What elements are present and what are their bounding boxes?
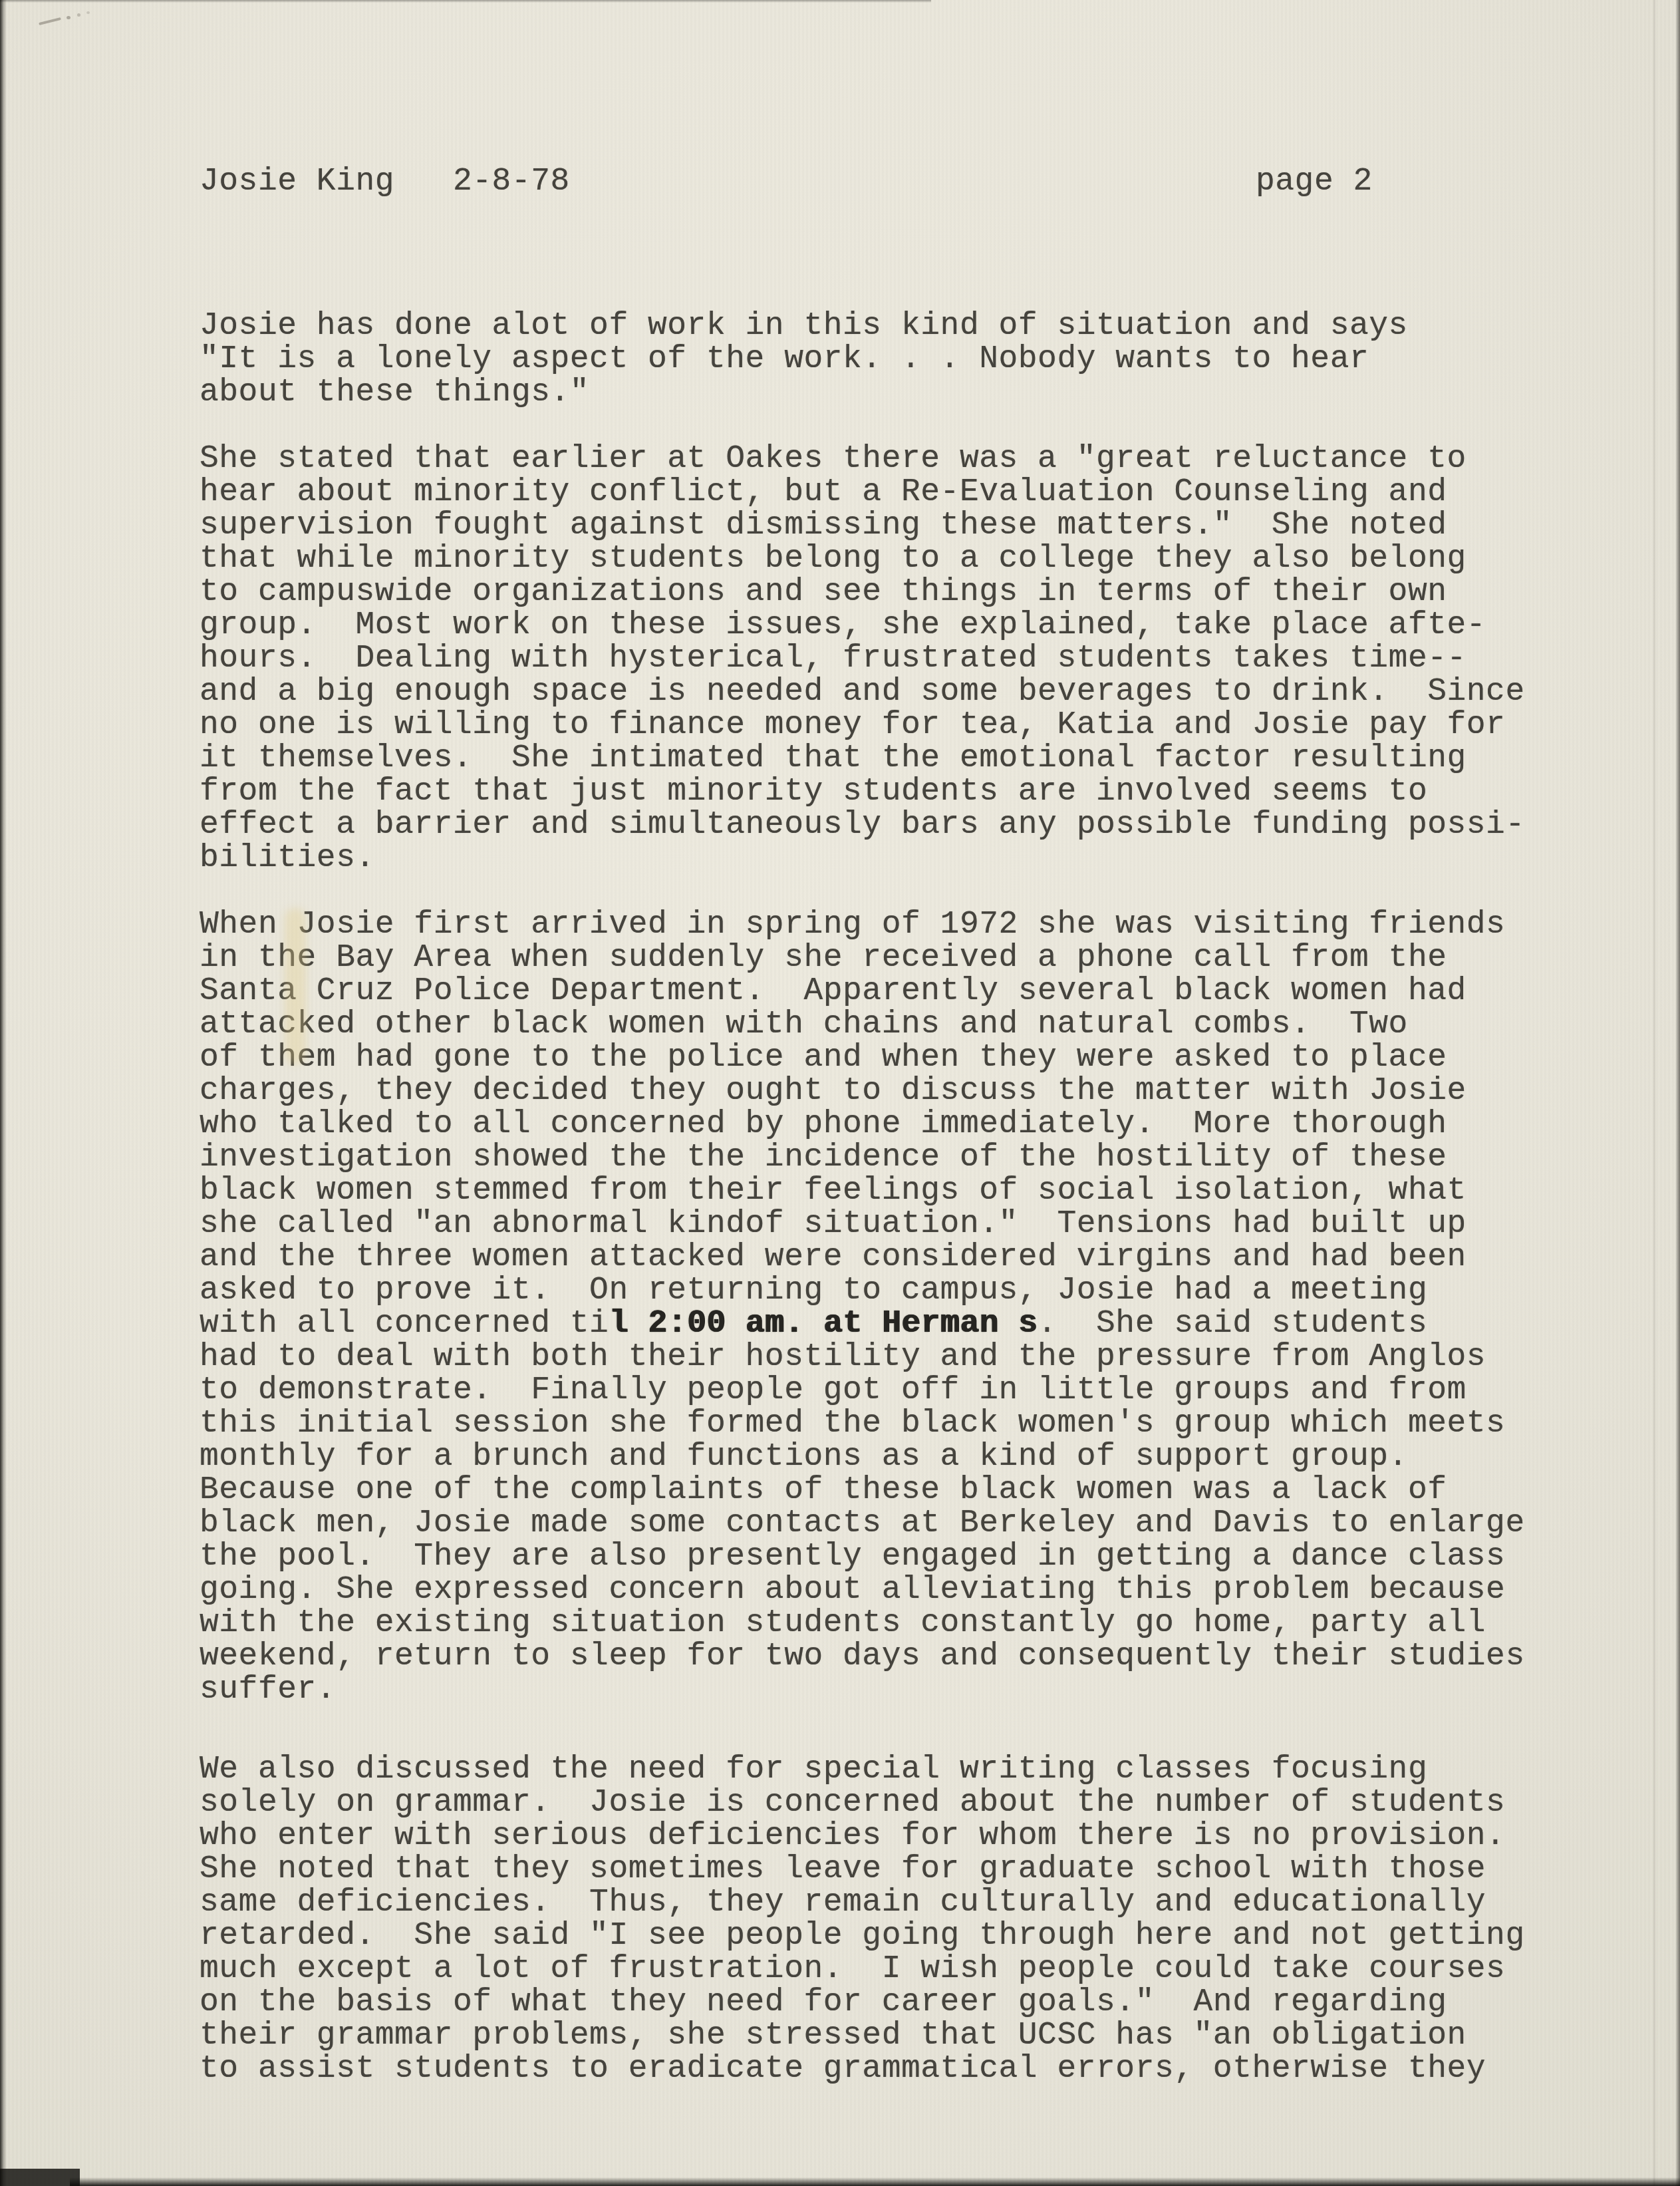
text-line: and the three women attacked were consid… (200, 1241, 1570, 1274)
text-line: bilities. (200, 842, 1570, 875)
pencil-smudge (86, 11, 90, 14)
scanned-document-page: Josie King 2-8-78 page 2 Josie has done … (0, 0, 1680, 2186)
text-line: it themselves. She intimated that the em… (200, 742, 1570, 775)
author-date: Josie King 2-8-78 (200, 165, 570, 198)
text-line: hear about minority conflict, but a Re-E… (200, 476, 1570, 509)
text-line: who enter with serious deficiencies for … (200, 1819, 1570, 1853)
scan-edge-left (0, 0, 7, 2186)
text-line: and a big enough space is needed and som… (200, 675, 1570, 708)
text-line: investigation showed the the incidence o… (200, 1141, 1570, 1174)
text-line: to demonstrate. Finally people got off i… (200, 1374, 1570, 1407)
text-line: attacked other black women with chains a… (200, 1008, 1570, 1041)
scan-edge-right (1675, 0, 1680, 2186)
text-line: about these things." (200, 376, 1570, 409)
text-line: in the Bay Area when suddenly she receiv… (200, 941, 1570, 975)
text-line: their grammar problems, she stressed tha… (200, 2019, 1570, 2052)
text-line: We also discussed the need for special w… (200, 1753, 1570, 1786)
paragraph: When Josie first arrived in spring of 19… (200, 908, 1570, 1706)
text-line: suffer. (200, 1673, 1570, 1706)
text-line: going. She expressed concern about allev… (200, 1573, 1570, 1607)
text-line: of them had gone to the police and when … (200, 1041, 1570, 1074)
text-line: with the existing situation students con… (200, 1607, 1570, 1640)
text-segment: . She said students (1038, 1306, 1427, 1342)
scan-corner-bottom-left (0, 2169, 80, 2186)
text-line: on the basis of what they need for caree… (200, 1986, 1570, 2019)
page-header: Josie King 2-8-78 page 2 (0, 165, 1680, 198)
text-line: effect a barrier and simultaneously bars… (200, 808, 1570, 842)
text-segment: with all concerned ti (200, 1306, 609, 1342)
overstruck-text: l 2:00 am. at Herman s (609, 1306, 1038, 1342)
text-line: solely on grammar. Josie is concerned ab… (200, 1786, 1570, 1819)
text-line: same deficiencies. Thus, they remain cul… (200, 1886, 1570, 1919)
text-line: "It is a lonely aspect of the work. . . … (200, 343, 1570, 376)
paragraph: We also discussed the need for special w… (200, 1753, 1570, 2086)
text-line: hours. Dealing with hysterical, frustrat… (200, 642, 1570, 675)
text-line: Santa Cruz Police Department. Apparently… (200, 975, 1570, 1008)
paragraph: Josie has done alot of work in this kind… (200, 309, 1570, 409)
text-line: had to deal with both their hostility an… (200, 1340, 1570, 1374)
text-line: group. Most work on these issues, she ex… (200, 609, 1570, 642)
text-line: weekend, return to sleep for two days an… (200, 1640, 1570, 1673)
text-line: Because one of the complaints of these b… (200, 1474, 1570, 1507)
text-line: to campuswide organizations and see thin… (200, 575, 1570, 609)
text-line: this initial session she formed the blac… (200, 1407, 1570, 1440)
text-line: supervision fought against dismissing th… (200, 509, 1570, 542)
text-line: she called "an abnormal kindof situation… (200, 1207, 1570, 1241)
text-line: retarded. She said "I see people going t… (200, 1919, 1570, 1952)
text-line: the pool. They are also presently engage… (200, 1540, 1570, 1573)
pencil-smudge (67, 16, 70, 19)
text-line: Josie has done alot of work in this kind… (200, 309, 1570, 343)
pencil-smudge (77, 13, 80, 17)
paper-crease (1653, 0, 1655, 2186)
text-line: She noted that they sometimes leave for … (200, 1853, 1570, 1886)
page-number: page 2 (1256, 165, 1373, 198)
text-line: black women stemmed from their feelings … (200, 1174, 1570, 1207)
text-line: that while minority students belong to a… (200, 542, 1570, 575)
paper-stain (285, 908, 306, 1064)
text-line: who talked to all concerned by phone imm… (200, 1108, 1570, 1141)
text-line: When Josie first arrived in spring of 19… (200, 908, 1570, 941)
text-line: to assist students to eradicate grammati… (200, 2052, 1570, 2086)
scan-edge-bottom (70, 2177, 1680, 2186)
text-line: monthly for a brunch and functions as a … (200, 1440, 1570, 1474)
text-line: She stated that earlier at Oakes there w… (200, 442, 1570, 476)
scan-edge-top (0, 0, 931, 3)
text-line: black men, Josie made some contacts at B… (200, 1507, 1570, 1540)
text-line: no one is willing to finance money for t… (200, 708, 1570, 742)
text-line: from the fact that just minority student… (200, 775, 1570, 808)
text-line: asked to prove it. On returning to campu… (200, 1274, 1570, 1307)
text-line: charges, they decided they ought to disc… (200, 1074, 1570, 1108)
document-body: Josie has done alot of work in this kind… (200, 309, 1570, 2086)
text-line: with all concerned til 2:00 am. at Herma… (200, 1307, 1570, 1340)
paragraph: She stated that earlier at Oakes there w… (200, 442, 1570, 875)
pencil-smudge (39, 17, 61, 25)
text-line: much except a lot of frustration. I wish… (200, 1952, 1570, 1986)
